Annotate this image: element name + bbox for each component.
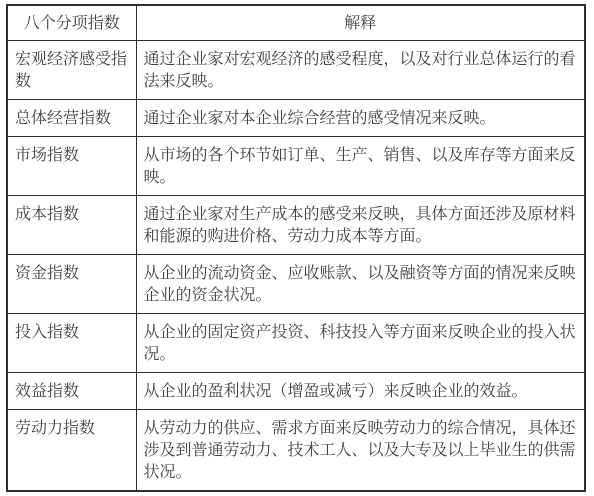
index-name-cell: 效益指数: [7, 373, 136, 410]
index-name-cell: 劳动力指数: [7, 410, 136, 492]
header-cell-explanation: 解释: [136, 5, 585, 41]
explanation-cell: 从企业的盈利状况（增盈或减亏）来反映企业的效益。: [136, 373, 585, 410]
explanation-cell: 从劳动力的供应、需求方面来反映劳动力的综合情况，具体还涉及到普通劳动力、技术工人…: [136, 410, 585, 492]
table-row: 资金指数 从企业的流动资金、应收账款、以及融资等方面的情况来反映企业的资金状况。: [7, 255, 585, 314]
explanation-cell: 从企业的流动资金、应收账款、以及融资等方面的情况来反映企业的资金状况。: [136, 255, 585, 314]
index-name-cell: 市场指数: [7, 137, 136, 196]
table-row: 劳动力指数 从劳动力的供应、需求方面来反映劳动力的综合情况，具体还涉及到普通劳动…: [7, 410, 585, 492]
table-row: 市场指数 从市场的各个环节如订单、生产、销售、以及库存等方面来反映。: [7, 137, 585, 196]
explanation-cell: 通过企业家对本企业综合经营的感受情况来反映。: [136, 100, 585, 137]
table-row: 成本指数 通过企业家对生产成本的感受来反映，具体方面还涉及原材料和能源的购进价格…: [7, 196, 585, 255]
index-name-cell: 成本指数: [7, 196, 136, 255]
explanation-cell: 从企业的固定资产投资、科技投入等方面来反映企业的投入状况。: [136, 314, 585, 373]
table-row: 宏观经济感受指数 通过企业家对宏观经济的感受程度，以及对行业总体运行的看法来反映…: [7, 41, 585, 100]
table-row: 投入指数 从企业的固定资产投资、科技投入等方面来反映企业的投入状况。: [7, 314, 585, 373]
explanation-cell: 从市场的各个环节如订单、生产、销售、以及库存等方面来反映。: [136, 137, 585, 196]
table-row: 效益指数 从企业的盈利状况（增盈或减亏）来反映企业的效益。: [7, 373, 585, 410]
index-name-cell: 资金指数: [7, 255, 136, 314]
indices-table: 八个分项指数 解释 宏观经济感受指数 通过企业家对宏观经济的感受程度，以及对行业…: [6, 4, 586, 492]
explanation-cell: 通过企业家对生产成本的感受来反映，具体方面还涉及原材料和能源的购进价格、劳动力成…: [136, 196, 585, 255]
table-header-row: 八个分项指数 解释: [7, 5, 585, 41]
index-name-cell: 投入指数: [7, 314, 136, 373]
table-row: 总体经营指数 通过企业家对本企业综合经营的感受情况来反映。: [7, 100, 585, 137]
explanation-cell: 通过企业家对宏观经济的感受程度，以及对行业总体运行的看法来反映。: [136, 41, 585, 100]
header-cell-index-name: 八个分项指数: [7, 5, 136, 41]
page: 八个分项指数 解释 宏观经济感受指数 通过企业家对宏观经济的感受程度，以及对行业…: [0, 0, 594, 496]
index-name-cell: 总体经营指数: [7, 100, 136, 137]
index-name-cell: 宏观经济感受指数: [7, 41, 136, 100]
